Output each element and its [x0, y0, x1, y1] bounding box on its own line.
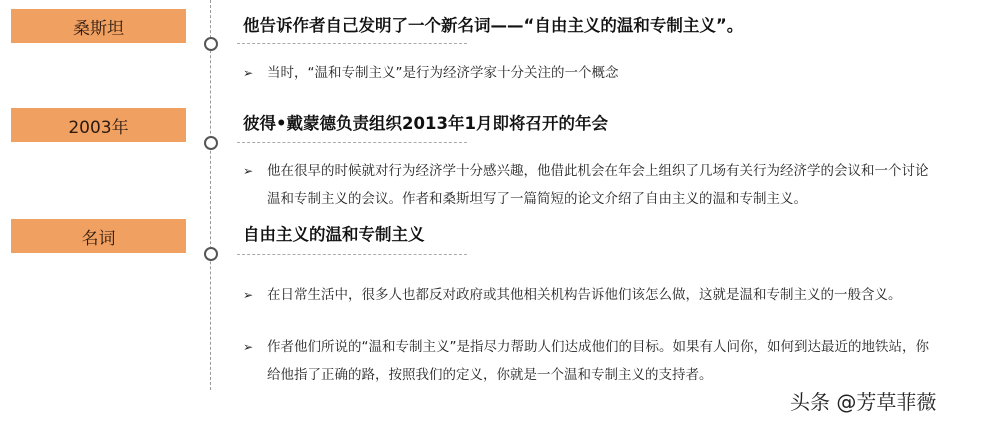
arrow-bullet-icon: ➢: [243, 281, 267, 309]
timeline-line: [210, 0, 211, 390]
section-heading: 彼得•戴蒙德负责组织2013年1月即将召开的年会: [243, 110, 608, 134]
section-heading: 他告诉作者自己发明了一个新名词——“自由主义的温和专制主义”。: [243, 12, 743, 36]
timeline-tag-sunstein: 桑斯坦: [11, 9, 186, 43]
bullet-item: ➢ 当时，“温和专制主义”是行为经济学家十分关注的一个概念: [243, 59, 933, 87]
timeline-tag-2003: 2003年: [11, 108, 186, 142]
dashed-divider: [237, 142, 467, 143]
timeline-node-icon: [204, 37, 218, 51]
bullet-item: ➢ 在日常生活中，很多人也都反对政府或其他相关机构告诉他们该怎么做，这就是温和专…: [243, 281, 933, 309]
arrow-bullet-icon: ➢: [243, 333, 267, 389]
dashed-divider: [237, 43, 467, 44]
bullet-item: ➢ 作者他们所说的“温和专制主义”是指尽力帮助人们达成他们的目标。如果有人问你，…: [243, 333, 933, 389]
timeline-node-icon: [204, 136, 218, 150]
arrow-bullet-icon: ➢: [243, 157, 267, 213]
dashed-divider: [237, 254, 467, 255]
bullet-item: ➢ 他在很早的时候就对行为经济学十分感兴趣，他借此机会在年会上组织了几场有关行为…: [243, 157, 933, 213]
section-heading: 自由主义的温和专制主义: [243, 221, 425, 245]
watermark: 头条 @芳草菲薇: [790, 386, 936, 415]
arrow-bullet-icon: ➢: [243, 59, 267, 87]
timeline-tag-term: 名词: [11, 219, 186, 253]
timeline-node-icon: [204, 247, 218, 261]
